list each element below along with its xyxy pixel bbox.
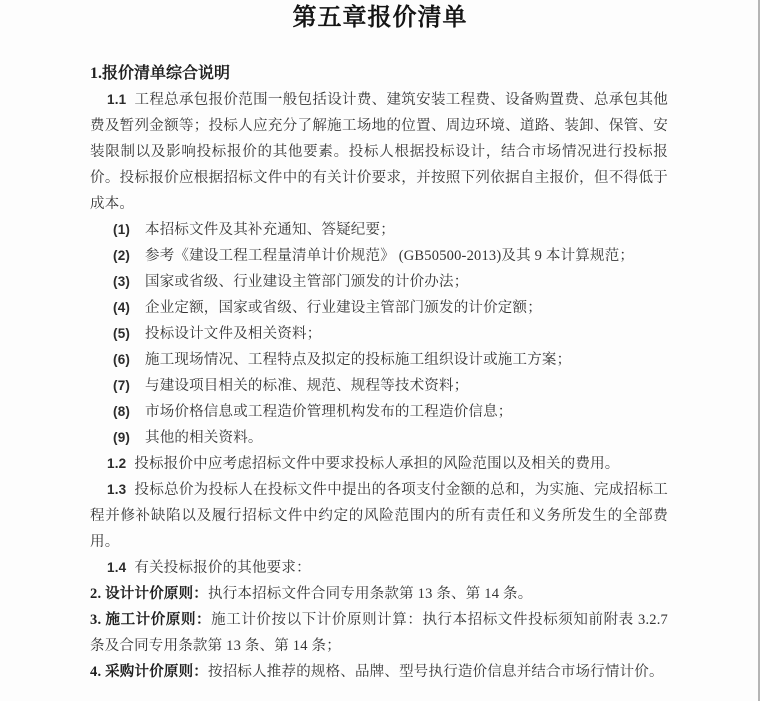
list-item-marker: (2) [113, 243, 140, 269]
list-item-marker: (4) [113, 295, 140, 321]
list-item-text: 本招标文件及其补充通知、答疑纪要； [145, 222, 395, 238]
list-item: (2)参考《建设工程工程量清单计价规范》 (GB50500-2013)及其 9 … [90, 243, 668, 269]
paragraph-1-2: 1.2投标报价中应考虑招标文件中要求投标人承担的风险范围以及相关的费用。 [90, 451, 668, 477]
paragraph-1-3-marker: 1.3 [107, 482, 126, 497]
paragraph-1-1: 1.1工程总承包报价范围一般包括设计费、建筑安装工程费、设备购置费、总承包其他费… [90, 87, 668, 217]
list-item: (6)施工现场情况、工程特点及拟定的投标施工组织设计或施工方案； [90, 347, 668, 373]
document-content: 1.报价清单综合说明 1.1工程总承包报价范围一般包括设计费、建筑安装工程费、设… [90, 61, 668, 685]
principle-construction: 3. 施工计价原则：施工计价按以下计价原则计算：执行本招标文件投标须知前附表 3… [90, 607, 668, 659]
list-item-text: 国家或省级、行业建设主管部门颁发的计价办法； [145, 274, 468, 290]
section-heading: 1.报价清单综合说明 [90, 61, 668, 87]
list-item-marker: (8) [113, 399, 140, 425]
paragraph-1-1-marker: 1.1 [107, 92, 126, 107]
list-item-text: 其他的相关资料。 [145, 430, 263, 446]
list-item: (8)市场价格信息或工程造价管理机构发布的工程造价信息； [90, 399, 668, 425]
list-item-marker: (6) [113, 347, 140, 373]
paragraph-1-2-marker: 1.2 [107, 456, 126, 471]
document-page: 第五章报价清单 1.报价清单综合说明 1.1工程总承包报价范围一般包括设计费、建… [0, 0, 760, 701]
list-item-text: 市场价格信息或工程造价管理机构发布的工程造价信息； [145, 404, 513, 420]
list-item-text: 参考《建设工程工程量清单计价规范》 (GB50500-2013)及其 9 本计算… [145, 248, 634, 264]
paragraph-1-4-marker: 1.4 [107, 560, 126, 575]
list-item-text: 企业定额，国家或省级、行业建设主管部门颁发的计价定额； [145, 300, 542, 316]
chapter-title: 第五章报价清单 [0, 0, 760, 33]
list-item: (5)投标设计文件及相关资料； [90, 321, 668, 347]
list-item-text: 与建设项目相关的标准、规范、规程等技术资料； [145, 378, 468, 394]
list-item-marker: (7) [113, 373, 140, 399]
paragraph-1-3-text: 投标总价为投标人在投标文件中提出的各项支付金额的总和，为实施、完成招标工程并修补… [90, 482, 668, 550]
principle-procurement: 4. 采购计价原则：按招标人推荐的规格、品牌、型号执行造价信息并结合市场行情计价… [90, 659, 668, 685]
principle-design-label: 2. 设计计价原则： [90, 586, 208, 602]
list-item: (4)企业定额，国家或省级、行业建设主管部门颁发的计价定额； [90, 295, 668, 321]
list-item: (9)其他的相关资料。 [90, 425, 668, 451]
principle-procurement-label: 4. 采购计价原则： [90, 664, 208, 680]
principle-design: 2. 设计计价原则：执行本招标文件合同专用条款第 13 条、第 14 条。 [90, 581, 668, 607]
list-item-marker: (3) [113, 269, 140, 295]
principle-procurement-text: 按招标人推荐的规格、品牌、型号执行造价信息并结合市场行情计价。 [208, 664, 664, 680]
list-item-text: 投标设计文件及相关资料； [145, 326, 321, 342]
paragraph-1-1-text: 工程总承包报价范围一般包括设计费、建筑安装工程费、设备购置费、总承包其他费及暂列… [90, 92, 668, 212]
list-item-marker: (9) [113, 425, 140, 451]
principle-construction-label: 3. 施工计价原则： [90, 612, 211, 628]
pricing-basis-list: (1)本招标文件及其补充通知、答疑纪要； (2)参考《建设工程工程量清单计价规范… [90, 217, 668, 451]
paragraph-1-3: 1.3投标总价为投标人在投标文件中提出的各项支付金额的总和，为实施、完成招标工程… [90, 477, 668, 555]
list-item-marker: (5) [113, 321, 140, 347]
principle-design-text: 执行本招标文件合同专用条款第 13 条、第 14 条。 [208, 586, 532, 602]
list-item: (1)本招标文件及其补充通知、答疑纪要； [90, 217, 668, 243]
list-item-text: 施工现场情况、工程特点及拟定的投标施工组织设计或施工方案； [145, 352, 571, 368]
paragraph-1-2-text: 投标报价中应考虑招标文件中要求投标人承担的风险范围以及相关的费用。 [134, 456, 619, 472]
paragraph-1-4: 1.4有关投标报价的其他要求： [90, 555, 668, 581]
list-item: (7)与建设项目相关的标准、规范、规程等技术资料； [90, 373, 668, 399]
list-item: (3)国家或省级、行业建设主管部门颁发的计价办法； [90, 269, 668, 295]
list-item-marker: (1) [113, 217, 140, 243]
paragraph-1-4-text: 有关投标报价的其他要求： [134, 560, 310, 576]
